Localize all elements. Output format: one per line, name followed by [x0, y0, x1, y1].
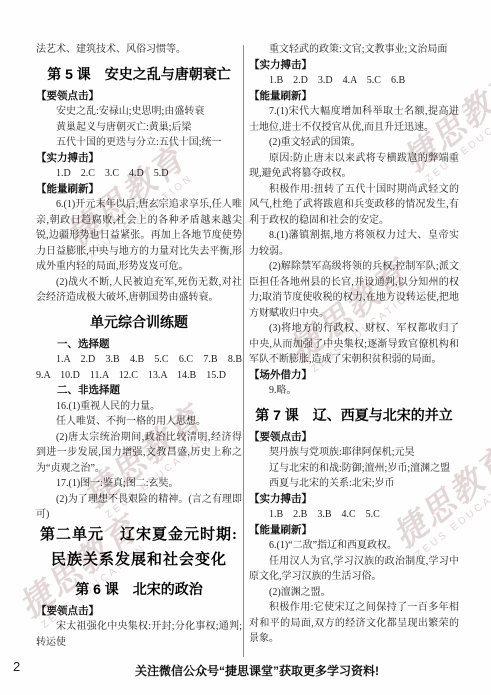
text-line: 原因:防止唐末以来武将专横跋扈的弊端重现,避免武将篡夺政权。: [249, 151, 459, 182]
unit-exercise-heading: 单元综合训练题: [36, 313, 242, 331]
lesson-heading: 第 5 课 安史之乱与唐朝衰亡: [36, 65, 242, 83]
text-line: 任用汉人为官,学习汉族的政治制度,学习中原文化,学习汉族的生活习俗。: [249, 554, 459, 585]
keypoint-line: 重文轻武的政策:文官;文教事业;文治局面: [249, 42, 459, 58]
keypoint-line: 安史之乱:安禄山;史思明;由盛转衰: [36, 104, 242, 120]
text-line: 任人唯贤、不拘一格的用人思想。: [36, 414, 242, 430]
text-line: 法艺术、建筑技术、风俗习惯等。: [36, 42, 242, 58]
keypoint-line: 黄巢起义与唐朝灭亡:黄巢;后梁: [36, 120, 242, 136]
section-label: 【实力搏击】: [249, 492, 459, 508]
answer-line: 1.B 2.D 3.D 4.A 5.C 6.B: [249, 73, 459, 89]
text-line: 6.(1)“二敌”指辽和西夏政权。: [249, 538, 459, 554]
text-line: 7.(1)宋代大幅度增加科举取士名额,提高进士地位,进士不仅授官从优,而且升迁迅…: [249, 104, 459, 135]
right-column: 重文轻武的政策:文官;文教事业;文治局面【实力搏击】1.B 2.D 3.D 4.…: [249, 42, 459, 647]
text-line: (2)为了理想不畏艰险的精神。(言之有理即可): [36, 492, 242, 523]
text-line: 8.(1)藩镇割据,地方将领权力过大、皇帝实力较弱。: [249, 228, 459, 259]
keypoint-line: 契丹族与党项族:耶律阿保机;元昊: [249, 445, 459, 461]
keypoint-line: 五代十国的更迭与分立:五代十国;统一: [36, 135, 242, 151]
unit-title: 民族关系发展和社会变化: [36, 548, 242, 573]
page-number: 2: [13, 659, 20, 674]
text-line: 17.(1)图一:鉴真;图二:玄奘。: [36, 476, 242, 492]
text-line: (2)战火不断,人民被迫充军,死伤无数,对社会经济造成极大破坏,唐朝国势由盛转衰…: [36, 275, 242, 306]
column-divider-rule: [243, 45, 244, 657]
section-label: 【要领点击】: [36, 604, 242, 620]
lesson-heading: 第 7 课 辽、西夏与北宋的并立: [249, 406, 459, 424]
section-label: 【要领点击】: [36, 89, 242, 105]
text-line: 积极作用:扭转了五代十国时期尚武轻文的风气,杜绝了武将跋扈和兵变政移的情况发生,…: [249, 182, 459, 229]
text-line: 16.(1)重视人民的力量。: [36, 399, 242, 415]
lesson-heading: 第 6 课 北宋的政治: [36, 580, 242, 598]
text-line: (2)重文轻武的国策。: [249, 135, 459, 151]
list-header: 一、选择题: [36, 337, 242, 353]
answer-line: 1.A 2.D 3.B 4.B 5.C 6.C 7.B 8.B 9.A 10.D…: [36, 352, 242, 383]
section-label: 【场外借力】: [249, 368, 459, 384]
text-line: (2)解除禁军高级将领的兵权,控制军队;派文臣担任各地州县的长官,并设通判,以分…: [249, 259, 459, 321]
text-line: (2)澶渊之盟。: [249, 585, 459, 601]
unit-title: 第二单元 辽宋夏金元时期:: [36, 523, 242, 548]
text-line: (3)将地方的行政权、财权、军权都收归了中央,从而加强了中央集权;逐渐导致官僚机…: [249, 321, 459, 368]
keypoint-line: 宋太祖强化中央集权:开封;分化事权;通判;转运使: [36, 619, 242, 650]
left-column: 法艺术、建筑技术、风俗习惯等。第 5 课 安史之乱与唐朝衰亡【要领点击】安史之乱…: [36, 42, 242, 650]
list-header: 二、非选择题: [36, 383, 242, 399]
section-label: 【能量刷新】: [249, 89, 459, 105]
section-label: 【能量刷新】: [36, 182, 242, 198]
workbook-page: 捷思教育 ZEUS EDUCATION 捷思教育 ZEUS EDUCATION …: [0, 0, 491, 695]
section-label: 【实力搏击】: [249, 58, 459, 74]
text-line: (2)唐太宗统治期间,政治比较清明,经济得到进一步发展,国力增强,文教昌盛,历史…: [36, 430, 242, 477]
text-line: 9.略。: [249, 383, 459, 399]
keypoint-line: 辽与北宋的和战:防御;澶州;岁币;澶渊之盟: [249, 461, 459, 477]
text-line: 积极作用:它使宋辽之间保持了一百多年相对和平的局面,双方的经济文化都呈现出繁荣的…: [249, 600, 459, 647]
answer-line: 1.D 2.C 3.C 4.D 5.D: [36, 166, 242, 182]
answer-line: 1.B 2.B 3.B 4.C 5.C: [249, 507, 459, 523]
keypoint-line: 西夏与北宋的关系:北宋;岁币: [249, 476, 459, 492]
wechat-footer-notice: 关注微信公众号“捷思课堂”获取更多学习资料!: [135, 662, 379, 679]
text-line: 6.(1)开元末年以后,唐玄宗追求享乐,任人唯亲,朝政日趋腐败,社会上的各种矛盾…: [36, 197, 242, 275]
section-label: 【要领点击】: [249, 430, 459, 446]
section-label: 【实力搏击】: [36, 151, 242, 167]
section-label: 【能量刷新】: [249, 523, 459, 539]
